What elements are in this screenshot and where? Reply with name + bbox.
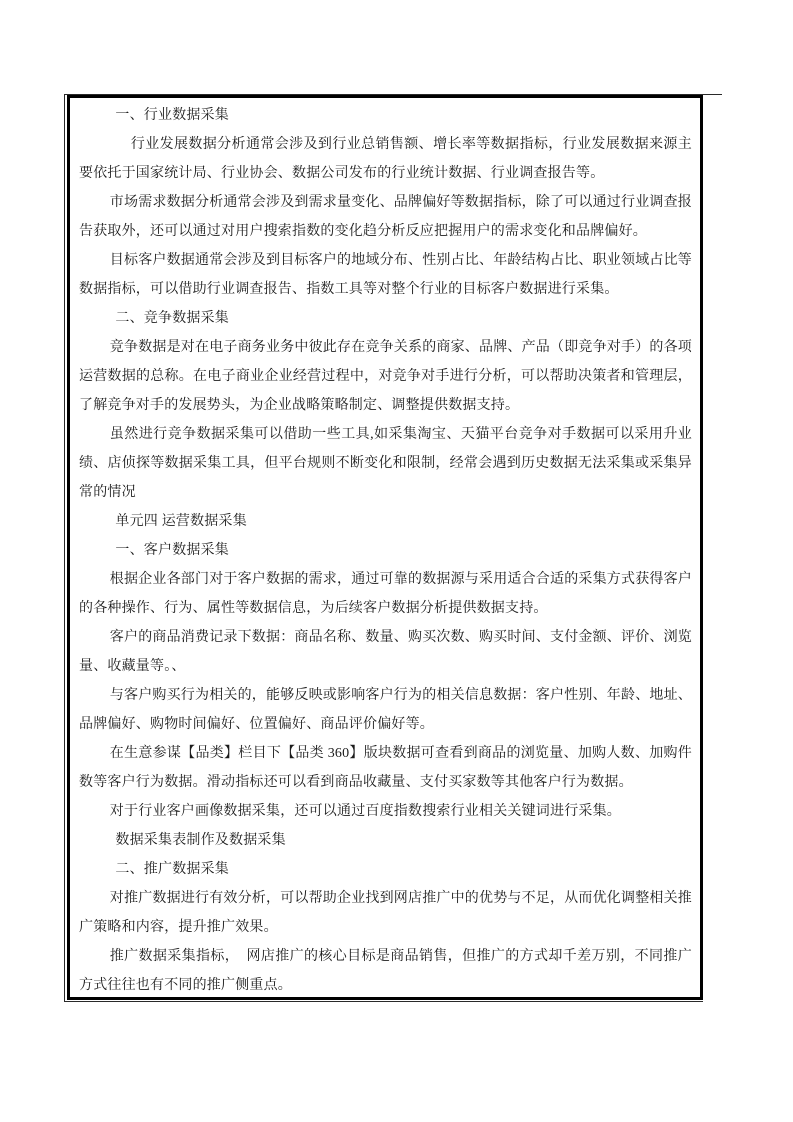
section-heading: 一、客户数据采集: [79, 536, 692, 565]
body-paragraph: 市场需求数据分析通常会涉及到需求量变化、品牌偏好等数据指标，除了可以通过行业调查…: [79, 188, 692, 246]
body-paragraph: 行业发展数据分析通常会涉及到行业总销售额、增长率等数据指标，行业发展数据来源主要…: [79, 130, 692, 188]
side-column-cell: [703, 95, 722, 1002]
body-paragraph: 对于行业客户画像数据采集，还可以通过百度指数搜索行业相关关键词进行采集。: [79, 797, 692, 826]
content-cell: 一、行业数据采集 行业发展数据分析通常会涉及到行业总销售额、增长率等数据指标，行…: [67, 95, 703, 1000]
section-heading: 数据采集表制作及数据采集: [79, 826, 692, 855]
body-paragraph: 在生意参谋【品类】栏目下【品类 360】版块数据可查看到商品的浏览量、加购人数、…: [79, 739, 692, 797]
body-paragraph: 竞争数据是对在电子商务业务中彼此存在竞争关系的商家、品牌、产品（即竞争对手）的各…: [79, 333, 692, 420]
body-paragraph: 与客户购买行为相关的，能够反映或影响客户行为的相关信息数据：客户性别、年龄、地址…: [79, 681, 692, 739]
body-paragraph: 对推广数据进行有效分析，可以帮助企业找到网店推广中的优势与不足，从而优化调整相关…: [79, 884, 692, 942]
body-paragraph: 客户的商品消费记录下数据：商品名称、数量、购买次数、购买时间、支付金额、评价、浏…: [79, 623, 692, 681]
section-heading: 一、行业数据采集: [79, 101, 692, 130]
document-page: 一、行业数据采集 行业发展数据分析通常会涉及到行业总销售额、增长率等数据指标，行…: [0, 0, 793, 1122]
body-paragraph: 目标客户数据通常会涉及到目标客户的地域分布、性别占比、年龄结构占比、职业领域占比…: [79, 246, 692, 304]
body-paragraph: 推广数据采集指标， 网店推广的核心目标是商品销售，但推广的方式却千差万别，不同推…: [79, 942, 692, 1000]
body-paragraph: 虽然进行竞争数据采集可以借助一些工具,如采集淘宝、天猫平台竞争对手数据可以采用升…: [79, 420, 692, 507]
body-paragraph: 根据企业各部门对于客户数据的需求，通过可靠的数据源与采用适合合适的采集方式获得客…: [79, 565, 692, 623]
section-heading: 二、推广数据采集: [79, 855, 692, 884]
unit-heading: 单元四 运营数据采集: [79, 507, 692, 536]
section-heading: 二、竞争数据采集: [79, 304, 692, 333]
